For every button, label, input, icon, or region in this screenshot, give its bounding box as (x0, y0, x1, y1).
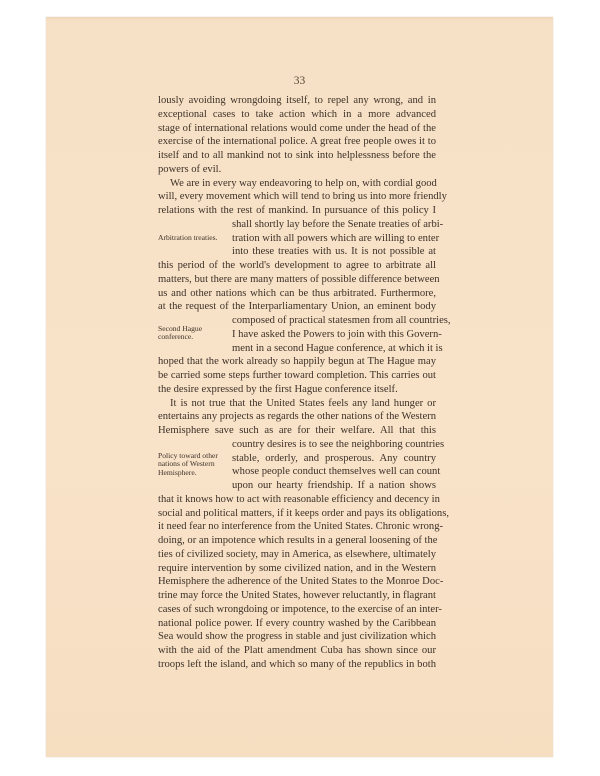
margin-note-western-hemisphere: Policy toward other nations of Western H… (158, 452, 230, 478)
text-line: be carried some steps further toward com… (158, 369, 436, 383)
document-page: 33 lously avoiding wrongdoing itself, to… (46, 17, 553, 757)
page-number: 33 (46, 75, 553, 87)
text-line: this period of the world's development t… (158, 259, 436, 273)
text-line: doing, or an impotence which results in … (158, 534, 436, 548)
text-line: entertains any projects as regards the o… (158, 410, 436, 424)
text-line: with the aid of the Platt amendment Cuba… (158, 644, 436, 658)
text-line: ties of civilized society, may in Americ… (158, 548, 436, 562)
text-line: It is not true that the United States fe… (158, 397, 436, 411)
text-line: require intervention by some civilized n… (158, 562, 436, 576)
text-line: country desires is to see the neighborin… (158, 438, 436, 452)
text-line: We are in every way endeavoring to help … (158, 177, 436, 191)
text-line: us and other nations which can be thus a… (158, 287, 436, 301)
text-line: cases of such wrongdoing or impotence, t… (158, 603, 436, 617)
text-line: into these treaties with us. It is not p… (158, 245, 436, 259)
text-line: that it knows how to act with reasonable… (158, 493, 436, 507)
margin-note-row: Arbitration treaties. tration with all p… (158, 232, 436, 246)
text-line: hoped that the work already so happily b… (158, 355, 436, 369)
text-line: ment in a second Hague conference, at wh… (158, 342, 436, 356)
text-line: national police power. If every country … (158, 617, 436, 631)
text-line: at the request of the Interparliamentary… (158, 300, 436, 314)
text-line: exercise of the international police. A … (158, 135, 436, 149)
margin-note-second-hague: Second Hague conference. (158, 325, 210, 342)
text-line: upon our hearty friendship. If a nation … (158, 479, 436, 493)
text-line: exceptional cases to take action which i… (158, 108, 436, 122)
text-line: itself and to all mankind not to sink in… (158, 149, 436, 163)
text-line: powers of evil. (158, 163, 436, 177)
text-line: the desire expressed by the first Hague … (158, 383, 436, 397)
body-text: lously avoiding wrongdoing itself, to re… (158, 94, 436, 672)
text-line: trine may force the United States, howev… (158, 589, 436, 603)
text-line: Hemisphere save such as are for their we… (158, 424, 436, 438)
text-line: stage of international relations would c… (158, 122, 436, 136)
text-line: troops left the island, and which so man… (158, 658, 436, 672)
text-line: relations with the rest of mankind. In p… (158, 204, 436, 218)
margin-note-row: Second Hague conference. I have asked th… (158, 328, 436, 342)
text-line: Hemisphere the adherence of the United S… (158, 575, 436, 589)
text-line: will, every movement which will tend to … (158, 190, 436, 204)
text-line: lously avoiding wrongdoing itself, to re… (158, 94, 436, 108)
margin-note-arbitration: Arbitration treaties. (158, 234, 230, 243)
text-line: matters, but there are many matters of p… (158, 273, 436, 287)
text-line: it need fear no interference from the Un… (158, 520, 436, 534)
text-line: shall shortly lay before the Senate trea… (158, 218, 436, 232)
text-line: Sea would show the progress in stable an… (158, 630, 436, 644)
text-line: social and political matters, if it keep… (158, 507, 436, 521)
margin-note-row: Policy toward other nations of Western H… (158, 452, 436, 466)
